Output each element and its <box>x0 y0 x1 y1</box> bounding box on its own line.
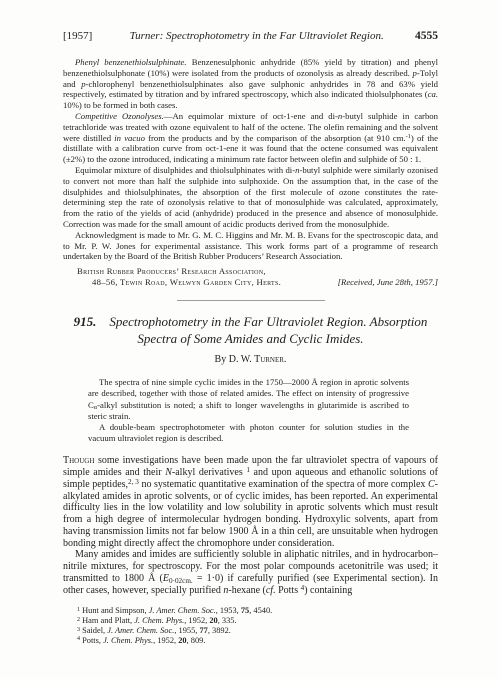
acknowledgment-paragraph: Acknowledgment is made to Mr. G. M. C. H… <box>63 230 438 262</box>
article-title-block: 915. Spectrophotometry in the Far Ultrav… <box>63 314 438 347</box>
body-paragraph: Though some investigations have been mad… <box>63 455 438 549</box>
paragraph: Competitive Ozonolyses.—An equimolar mix… <box>63 111 438 165</box>
running-head-year: [1957] <box>63 30 92 42</box>
article-body: Though some investigations have been mad… <box>63 455 438 596</box>
footnote: 1 Hunt and Simpson, J. Amer. Chem. Soc.,… <box>77 606 438 616</box>
body-paragraph: Many amides and imides are sufficiently … <box>63 549 438 596</box>
article-abstract: The spectra of nine simple cyclic imides… <box>88 377 409 444</box>
journal-page: [1957] Turner: Spectrophotometry in the … <box>0 0 500 679</box>
article-byline: By D. W. Turner. <box>63 354 438 366</box>
article-title-line-2: Spectra of Some Amides and Cyclic Imides… <box>63 331 438 348</box>
author-address-block: British Rubber Producers’ Research Assoc… <box>63 266 438 288</box>
paragraph: Phenyl benzenethiolsulphinate. Benzenesu… <box>63 57 438 111</box>
article-title-line-1: 915. Spectrophotometry in the Far Ultrav… <box>63 314 438 331</box>
running-head: [1957] Turner: Spectrophotometry in the … <box>63 30 438 42</box>
address-line-1: British Rubber Producers’ Research Assoc… <box>77 266 438 277</box>
abstract-paragraph: The spectra of nine simple cyclic imides… <box>88 377 409 422</box>
address-line-2: 48–56, Tewin Road, Welwyn Garden City, H… <box>92 277 281 288</box>
footnote: 2 Ham and Platt, J. Chem. Phys., 1952, 2… <box>77 616 438 626</box>
section-divider <box>177 300 325 301</box>
previous-article-closing-text: Phenyl benzenethiolsulphinate. Benzenesu… <box>63 57 438 262</box>
paragraph: Equimolar mixture of disulphides and thi… <box>63 165 438 230</box>
footnote: 4 Potts, J. Chem. Phys., 1952, 20, 809. <box>77 636 438 646</box>
abstract-paragraph: A double-beam spectrophotometer with pho… <box>88 422 409 444</box>
running-head-title: Turner: Spectrophotometry in the Far Ult… <box>92 30 415 42</box>
running-head-page-number: 4555 <box>415 30 438 42</box>
footnotes: 1 Hunt and Simpson, J. Amer. Chem. Soc.,… <box>77 606 438 645</box>
received-date: [Received, June 28th, 1957.] <box>338 277 438 288</box>
footnote: 3 Saidel, J. Amer. Chem. Soc., 1955, 77,… <box>77 626 438 636</box>
